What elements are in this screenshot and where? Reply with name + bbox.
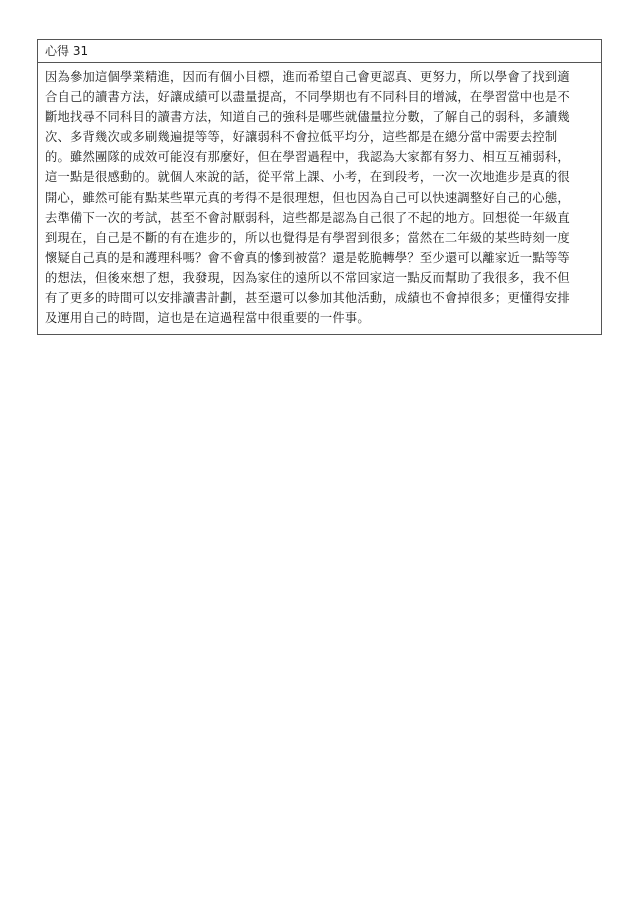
text-line: 有了更多的時間可以安排讀書計劃，甚至還可以參加其他活動，成績也不會掉很多；更懂得… <box>45 288 596 308</box>
text-line: 合自己的讀書方法，好讓成績可以盡量提高，不同學期也有不同科目的增減，在學習當中也… <box>45 87 596 107</box>
text-line: 到現在，自己是不斷的有在進步的，所以也覺得是有學習到很多；當然在二年級的某些時刻… <box>45 228 596 248</box>
text-line: 開心，雖然可能有點某些單元真的考得不是很理想，但也因為自己可以快速調整好自己的心… <box>45 188 596 208</box>
text-line: 的想法，但後來想了想，我發現，因為家住的遠所以不常回家這一點反而幫助了我很多，我… <box>45 268 596 288</box>
text-line: 懷疑自己真的是和護理科嗎？會不會真的慘到被當？還是乾脆轉學？至少還可以離家近一點… <box>45 248 596 268</box>
text-line: 及運用自己的時間，這也是在這過程當中很重要的一件事。 <box>45 308 596 328</box>
text-line: 斷地找尋不同科目的讀書方法，知道自己的強科是哪些就儘量拉分數，了解自己的弱科，多… <box>45 107 596 127</box>
text-line: 次、多背幾次或多刷幾遍提等等，好讓弱科不會拉低平均分，這些都是在總分當中需要去控… <box>45 127 596 147</box>
text-line: 因為參加這個學業精進，因而有個小目標，進而希望自己會更認真、更努力，所以學會了找… <box>45 67 596 87</box>
text-line: 這一點是很感動的。就個人來說的話，從平常上課、小考，在到段考，一次一次地進步是真… <box>45 167 596 187</box>
reflection-heading: 心得 31 <box>38 40 601 63</box>
text-line: 的。雖然團隊的成效可能沒有那麼好，但在學習過程中，我認為大家都有努力、相互互補弱… <box>45 147 596 167</box>
text-line: 去準備下一次的考試，甚至不會討厭弱科，這些都是認為自己很了不起的地方。回想從一年… <box>45 208 596 228</box>
reflection-table: 心得 31 因為參加這個學業精進，因而有個小目標，進而希望自己會更認真、更努力，… <box>37 39 602 335</box>
reflection-body: 因為參加這個學業精進，因而有個小目標，進而希望自己會更認真、更努力，所以學會了找… <box>38 63 601 334</box>
